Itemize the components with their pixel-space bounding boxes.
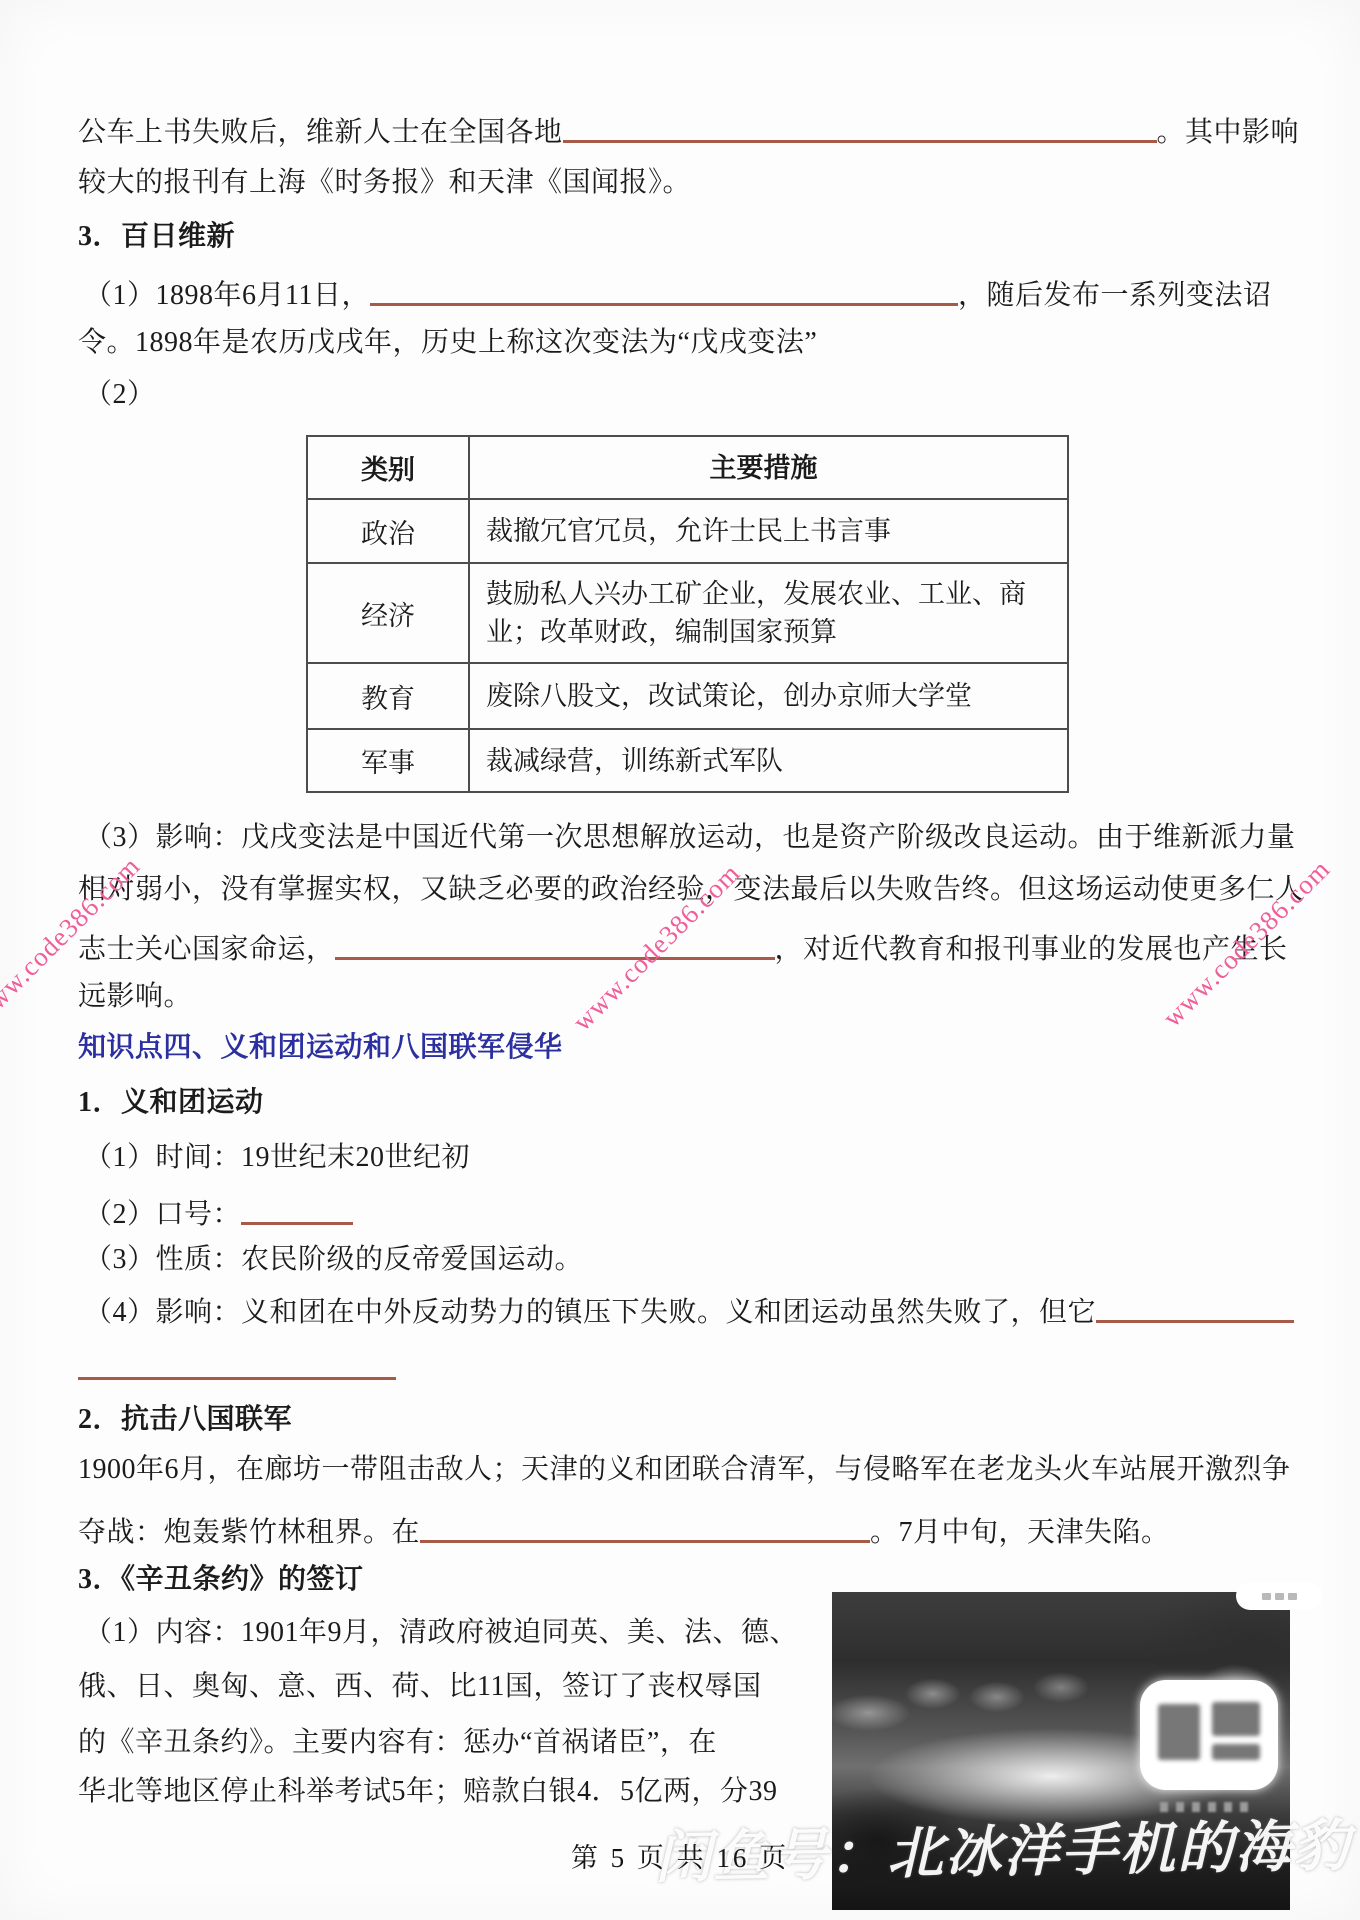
- intro-line-1: 公车上书失败后，维新人士在全国各地。其中影响: [78, 110, 1299, 153]
- table-cell-measures: 废除八股文，改试策论，创办京师大学堂: [468, 664, 1067, 728]
- table-row: 军事 裁减绿营，训练新式军队: [308, 728, 1067, 791]
- fill-blank: [563, 110, 1157, 143]
- xianyu-app-badge-icon: [1140, 1680, 1278, 1790]
- impact-line-4: 远影响。: [78, 977, 192, 1017]
- heading-hundred-days: 3．百日维新: [78, 217, 235, 257]
- boxer-item-slogan: （2）口号：: [84, 1192, 353, 1235]
- intro-line-1-tail: 。其中影响: [1157, 117, 1300, 148]
- fill-blank: [370, 273, 958, 306]
- treaty-line-2: 俄、日、奥匈、意、西、荷、比11国，签订了丧权辱国: [78, 1667, 761, 1707]
- boxer-item-nature: （3）性质：农民阶级的反帝爱国运动。: [84, 1240, 583, 1280]
- heading-boxer-movement: 1．义和团运动: [78, 1083, 264, 1123]
- hundred-days-item1-tail: ，随后发布一系列变法诏: [958, 280, 1272, 311]
- fill-blank: [420, 1510, 870, 1543]
- photo-overlay-pill: [1236, 1582, 1322, 1610]
- reform-measures-table: 类别 主要措施 政治 裁撤冗官冗员，允许士民上书言事 经济 鼓励私人兴办工矿企业…: [306, 435, 1069, 793]
- heading-boxer-protocol: 3．《辛丑条约》的签订: [78, 1560, 364, 1600]
- table-cell-measures: 裁减绿营，训练新式军队: [468, 730, 1067, 791]
- hundred-days-item1: （1）1898年6月11日，，随后发布一系列变法诏: [84, 273, 1271, 316]
- table-row: 经济 鼓励私人兴办工矿企业，发展农业、工业、商业；改革财政，编制国家预算: [308, 562, 1067, 662]
- table-cell-category: 军事: [308, 730, 468, 791]
- table-cell-category: 经济: [308, 564, 468, 662]
- treaty-line-4: 华北等地区停止科举考试5年；赔款白银4．5亿两，分39: [78, 1772, 778, 1812]
- fill-blank: [241, 1192, 353, 1225]
- table-cell-measures: 鼓励私人兴办工矿企业，发展农业、工业、商业；改革财政，编制国家预算: [468, 564, 1067, 662]
- badge-glyph: [1212, 1702, 1260, 1736]
- table-header-category: 类别: [308, 437, 468, 498]
- resist-line-2: 夺战：炮轰紫竹林租界。在。7月中旬，天津失陷。: [78, 1510, 1170, 1553]
- heading-knowledge-point-4: 知识点四、义和团运动和八国联军侵华: [78, 1028, 563, 1068]
- document-page: 公车上书失败后，维新人士在全国各地。其中影响 较大的报刊有上海《时务报》和天津《…: [0, 0, 1360, 1920]
- page-number-footer: 第 5 页 共 16 页: [0, 1836, 1360, 1875]
- hundred-days-item1-text: （1）1898年6月11日，: [84, 280, 370, 311]
- boxer-item-slogan-text: （2）口号：: [84, 1199, 241, 1230]
- intro-line-2: 较大的报刊有上海《时务报》和天津《国闻报》。: [78, 163, 691, 203]
- intro-line-1-text: 公车上书失败后，维新人士在全国各地: [78, 117, 563, 148]
- badge-glyph: [1158, 1704, 1200, 1760]
- treaty-line-3: 的《辛丑条约》。主要内容有：惩办“首祸诸臣”，在: [78, 1723, 717, 1763]
- boxer-item-impact: （4）影响：义和团在中外反动势力的镇压下失败。义和团运动虽然失败了，但它: [84, 1290, 1294, 1333]
- resist-line-1: 1900年6月，在廊坊一带阻击敌人；天津的义和团联合清军，与侵略军在老龙头火车站…: [78, 1450, 1291, 1490]
- treaty-line-1: （1）内容：1901年9月，清政府被迫同英、美、法、德、: [84, 1613, 798, 1653]
- table-header-measures: 主要措施: [468, 437, 1067, 498]
- heading-resist-allied-forces: 2．抗击八国联军: [78, 1400, 292, 1440]
- hundred-days-item2: （2）: [84, 375, 156, 415]
- fill-blank: [335, 927, 775, 960]
- table-row: 教育 废除八股文，改试策论，创办京师大学堂: [308, 662, 1067, 728]
- hundred-days-item1-cont: 令。1898年是农历戊戌年，历史上称这次变法为“戊戌变法”: [78, 323, 817, 363]
- table-row: 政治 裁撤冗官冗员，允许士民上书言事: [308, 498, 1067, 562]
- table-cell-measures: 裁撤冗官冗员，允许士民上书言事: [468, 500, 1067, 562]
- boxer-item-impact-text: （4）影响：义和团在中外反动势力的镇压下失败。义和团运动虽然失败了，但它: [84, 1297, 1096, 1328]
- table-cell-category: 政治: [308, 500, 468, 562]
- table-cell-category: 教育: [308, 664, 468, 728]
- impact-line-1: （3）影响：戊戌变法是中国近代第一次思想解放运动，也是资产阶级改良运动。由于维新…: [84, 818, 1296, 858]
- resist-line-2-text: 夺战：炮轰紫竹林租界。在: [78, 1517, 420, 1548]
- resist-line-2-tail: 。7月中旬，天津失陷。: [870, 1517, 1170, 1548]
- badge-glyph: [1212, 1744, 1260, 1760]
- impact-line-3-text: 志士关心国家命运，: [78, 934, 335, 965]
- fill-blank-continuation: [78, 1345, 396, 1380]
- fill-blank: [1096, 1290, 1294, 1323]
- boxer-item-time: （1）时间：19世纪末20世纪初: [84, 1138, 470, 1178]
- table-header-row: 类别 主要措施: [308, 437, 1067, 498]
